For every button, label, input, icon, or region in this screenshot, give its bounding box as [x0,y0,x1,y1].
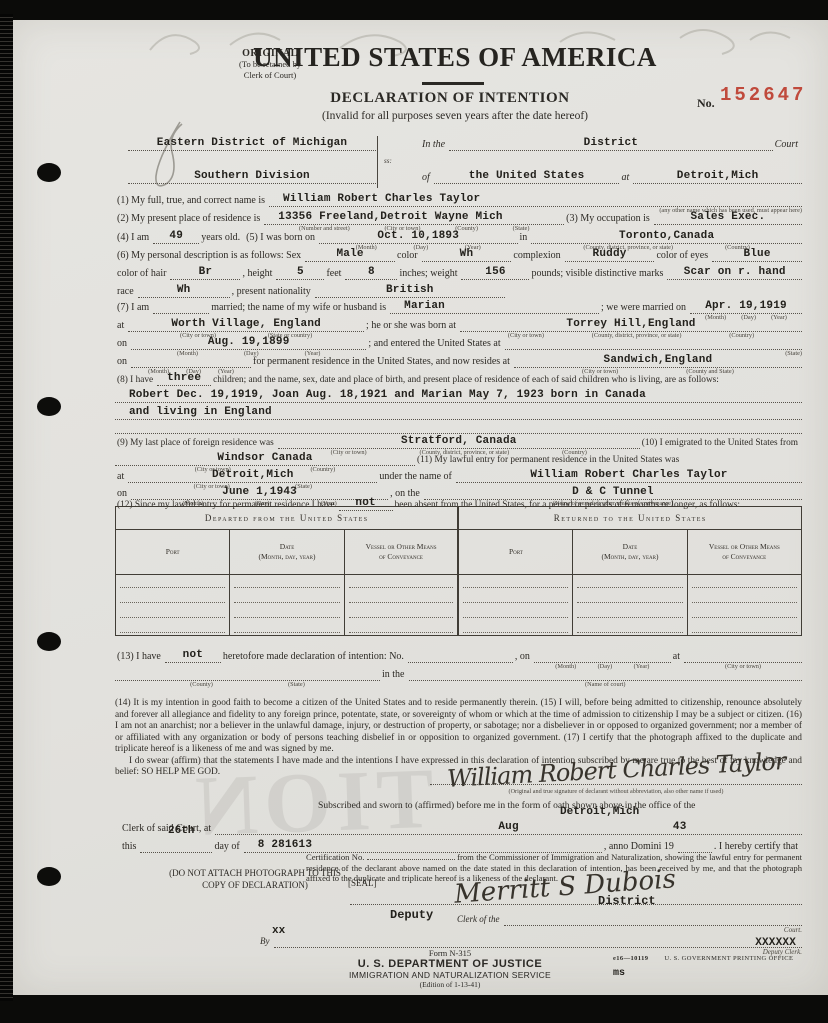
table-empty-row [116,620,802,636]
item11-row1: at Detroit,Mich (City or town) (State) u… [115,468,802,483]
col-date-line2: (Month, day, year) [258,552,315,561]
col-port: Port [116,530,230,575]
by-row: By XXXXXX Deputy Clerk. [258,936,802,948]
item1-label: (1) My full, true, and correct name is [115,195,269,207]
clerk-of-the-row: Clerk of the Court. [455,914,802,926]
married-date-field: Apr. 19,1919 (Month) (Day) (Year) [690,299,802,314]
foreign-residence-typed: Stratford, Canada [401,435,517,447]
item7-label: (7) I am [115,302,153,314]
court-division-row: Southern Division [128,169,376,184]
height-in-field: 8 [345,265,397,280]
empty-cell [230,590,344,605]
signature-caption: (Original and true signature of declaran… [430,788,802,795]
prior-place-field: (City or town) [684,648,802,663]
complexion-typed: Ruddy [593,248,627,260]
foreign-residence-field: Stratford, Canada (City or town) (County… [278,434,640,449]
race-field: Wh [138,283,230,298]
nationality-typed: British [386,284,434,296]
children-count-field: three [157,371,211,386]
day-typed: 26th [168,825,194,837]
age-typed: 49 [169,230,183,242]
prior-county-state-field: (County) (State) [115,666,380,681]
us-typed: the United States [469,170,585,182]
prior-declaration-field: not [165,648,221,663]
item6-row: (6) My personal description is as follow… [115,247,802,262]
empty-cell [344,620,458,636]
clerk-initials: ms [613,968,625,979]
color-field: Wh [422,247,512,262]
nationality-label: , present nationality [230,286,315,298]
court-caption: Court. [504,925,803,936]
empty-cell [458,605,572,620]
on-label: on [115,338,131,350]
eyes-label: color of eyes [654,250,712,262]
no-photo-note-line2: COPY OF DECLARATION) [130,880,380,892]
table-empty-row [116,590,802,605]
form-footer: Form N-315 U. S. DEPARTMENT OF JUSTICE I… [290,948,610,989]
district-typed: Eastern District of Michigan [157,137,347,149]
spouse-entry-date-field: (Month) (Day) (Year) [131,353,251,368]
prior-court-captions: (Name of court) [409,680,803,689]
item10-label: (10) I emigrated to the United States fr… [640,438,802,449]
age-field: 49 [153,229,199,244]
clerk-at-row: Clerk of said Court, at Aug 43 [120,820,802,835]
empty-cell [687,575,801,591]
item13-rest-label: heretofore made declaration of intention… [221,651,408,663]
item10-row: Windsor Canada (City or town) (Country) … [115,451,802,466]
birth-date-field: Oct. 10,1893 (Month) (Day) (Year) [319,229,518,244]
occupation-typed: Sales Exec. [690,211,765,223]
occupation-field: Sales Exec. [654,210,802,225]
emigrated-from-field: Windsor Canada (City or town) (Country) [115,451,415,466]
item4-label: (4) I am [115,232,153,244]
by-label: By [258,937,274,948]
prior-court-field: (Name of court) [409,666,803,681]
punch-hole [37,632,61,651]
item2-row: (2) My present place of residence is 133… [115,210,802,225]
hair-typed: Br [199,266,213,278]
sworn-place-typed: Detroit,Mich [560,806,639,818]
departed-title: Departed from the United States [116,507,459,530]
item7-row2: at Worth Village, England (City or town)… [115,317,802,332]
birth-place-typed: Toronto,Canada [619,230,714,242]
cert-no-blank [367,859,455,860]
empty-cell [344,605,458,620]
invalid-note: (Invalid for all purposes seven years af… [240,110,670,122]
ss-label: ss: [384,157,392,165]
married-label: married; the name of my wife or husband … [209,302,390,314]
marks-typed: Scar on r. hand [684,266,786,278]
empty-cell [573,575,687,591]
clerk-of-the-label: Clerk of the [455,915,504,926]
item7-row4: on (Month) (Day) (Year) for permanent re… [115,353,802,368]
printing-office-line: e16—10119 U. S. GOVERNMENT PRINTING OFFI… [613,955,793,962]
month-field: 8 281613 [244,838,602,853]
caption-state: (State) [288,680,305,689]
day-field [140,838,212,853]
children-line1-field: Robert Dec. 19,1919, Joan Aug. 18,1921 a… [115,388,802,403]
clerk-signature-line [350,903,802,905]
clerk-year-typed: 43 [673,821,687,833]
caption-name-of-court: (Name of court) [585,680,626,689]
prior-date-field: (Month) (Day) (Year) [534,648,671,663]
court-place-field: Detroit,Mich [633,169,802,184]
court-place-row: of the United States at Detroit,Mich [420,169,802,184]
children-line2-typed: and living in England [129,406,272,418]
complexion-field: Ruddy [565,247,655,262]
item13-row2: (County) (State) in the (Name of court) [115,666,802,681]
empty-cell [458,575,572,591]
item13-row1: (13) I have not heretofore made declarat… [115,648,802,663]
serial-no-label: No. [697,96,715,111]
pounds-label: pounds; visible distinctive marks [529,268,667,280]
married-on-label: ; we were married on [599,302,690,314]
entered-us-label: ; and entered the United States at [366,338,504,350]
seal-label: [SEAL] [348,878,377,888]
height-ft-typed: 5 [297,266,304,278]
court-place-typed: Detroit,Mich [677,170,759,182]
col-date-line2: (Month, day, year) [601,552,658,561]
weight-typed: 156 [485,266,505,278]
at-label: at [619,172,633,184]
eyes-field: Blue [712,247,802,262]
clerk-of-the-field: Court. [504,914,803,926]
division-typed: Southern Division [194,170,310,182]
court-district-row: Eastern District of Michigan [128,136,376,151]
col-vessel: Vessel or Other Meansof Conveyance [344,530,458,575]
empty-cell [116,620,230,636]
item5-label: (5) I was born on [244,232,319,244]
race-typed: Wh [177,284,191,296]
item4-row: (4) I am 49 years old. (5) I was born on… [115,229,802,244]
item13-at-label: at [671,651,684,663]
sex-field: Male [305,247,395,262]
table-column-headers: Port Date(Month, day, year) Vessel or Ot… [116,530,802,575]
item11-at-label: at [115,471,128,483]
item8-rest-label: children; and the name, sex, date and pl… [211,375,723,386]
spouse-resides-typed: Sandwich,England [604,354,713,366]
court-caption-label: Court. [784,925,802,936]
item2-label: (2) My present place of residence is [115,213,264,225]
returned-title: Returned to the United States [458,507,801,530]
col-date-2: Date(Month, day, year) [573,530,687,575]
empty-cell [344,575,458,591]
clerk-month-typed: Aug [498,821,518,833]
form-number: Form N-315 [290,948,610,958]
spouse-typed: Marian [404,300,445,312]
complexion-label: complexion [511,250,564,262]
table-group-header: Departed from the United States Returned… [116,507,802,530]
division-field: Southern Division [128,169,376,184]
col-vessel-line1: Vessel or Other Means [366,542,437,551]
children-empty-row [115,419,802,434]
spouse-field: Marian [390,299,599,314]
year-field [678,838,712,853]
height-ft-field: 5 [276,265,324,280]
travel-table: Departed from the United States Returned… [115,506,802,636]
table-empty-row [116,575,802,591]
empty-cell [116,605,230,620]
col-vessel-line2: of Conveyance [722,552,766,561]
married-date-typed: Apr. 19,1919 [705,300,787,312]
at-label: at [115,320,128,332]
eyes-typed: Blue [743,248,770,260]
scanned-declaration-of-intention: TION ORIGINAL (To be retained by Clerk o… [0,0,828,1023]
caption-county: (County) [190,680,213,689]
empty-cell [116,575,230,591]
empty-cell [458,620,572,636]
district-typed: District [598,894,656,908]
declarant-signature-line: William Robert Charles Taylor [430,756,802,785]
entry-place-typed: Detroit,Mich [212,469,294,481]
birth-date-typed: Oct. 10,1893 [377,230,459,242]
col-date: Date(Month, day, year) [230,530,344,575]
empty-cell [116,590,230,605]
children-line1-row: Robert Dec. 19,1919, Joan Aug. 18,1921 a… [115,388,802,403]
full-name-field: William Robert Charles Taylor (any other… [269,192,802,207]
in-the-court-label: in the [380,669,409,681]
court-name-typed: District [584,137,638,149]
empty-cell [573,605,687,620]
clerk-at-field: Aug 43 [215,820,802,835]
height-label: , height [240,268,276,280]
dayof-label: day of [212,841,243,853]
hair-label: color of hair [115,268,170,280]
item13-on-label: , on [513,651,534,663]
marks-field: Scar on r. hand [667,265,802,280]
empty-cell [573,620,687,636]
empty-cell [344,590,458,605]
item7-row3: on Aug. 19,1899 (Month) (Day) (Year) ; a… [115,335,802,350]
clerk-signature-wrap: Merritt S Dubois [400,872,730,902]
title-rule [422,82,484,85]
service-name: IMMIGRATION AND NATURALIZATION SERVICE [290,970,610,980]
department-name: U. S. DEPARTMENT OF JUSTICE [290,958,610,970]
by-field: XXXXXX Deputy Clerk. [274,936,803,948]
no-photo-note: (DO NOT ATTACH PHOTOGRAPH TO THIS COPY O… [130,868,380,891]
item1-row: (1) My full, true, and correct name is W… [115,192,802,207]
inches-label: inches; weight [397,268,461,280]
empty-cell [230,605,344,620]
children-count-typed: three [167,372,201,384]
entry-place-field: Detroit,Mich (City or town) (State) [128,468,377,483]
court-word-label: Court [773,139,802,151]
court-name-row: In the District Court [420,136,802,151]
spouse-born-place-field: Torrey Hill,England (City or town) (Coun… [460,317,802,332]
no-photo-note-line1: (DO NOT ATTACH PHOTOGRAPH TO THIS [130,868,380,880]
item11-label: (11) My lawful entry for permanent resid… [415,455,683,466]
perforated-edge [0,14,13,1001]
spouse-entry-field: (State) [505,335,802,350]
height-in-typed: 8 [368,266,375,278]
entry-name-typed: William Robert Charles Taylor [530,469,727,481]
full-name-typed: William Robert Charles Taylor [283,193,480,205]
feet-label: feet [324,268,345,280]
empty-cell [687,590,801,605]
empty-cell [230,620,344,636]
birth-place-field: Toronto,Canada (County, district, provin… [531,229,802,244]
in-the-label: In the [420,139,449,151]
print-code: e16—10119 [613,955,648,962]
children-line1-typed: Robert Dec. 19,1919, Joan Aug. 18,1921 a… [129,389,646,401]
page-title: UNITED STATES OF AMERICA [250,42,660,73]
spouse-resides-field: Sandwich,England (City or town) (County … [514,353,802,368]
residence-field: 13356 Freeland,Detroit Wayne Mich (Numbe… [264,210,564,225]
empty-cell [458,590,572,605]
nationality-field: British [315,283,505,298]
children-empty-field [115,419,802,434]
item4-label2: years old. [199,232,244,244]
hair-row: color of hair Br , height 5 feet 8 inche… [115,265,802,280]
entry-name-field: William Robert Charles Taylor [456,468,802,483]
sex-typed: Male [336,248,363,260]
col-vessel-line2: of Conveyance [379,552,423,561]
item6-label: (6) My personal description is as follow… [115,250,305,262]
district-field: Eastern District of Michigan [128,136,376,151]
married-place-typed: Worth Village, England [171,318,321,330]
this-label: this [120,841,140,853]
empty-cell [687,620,801,636]
scan-border-bottom [0,995,828,1023]
this-day-row: this day of 8 281613 , anno Domini 19 . … [120,838,802,853]
spouse-born-label: ; he or she was born at [364,320,460,332]
spouse-born-place-typed: Torrey Hill,England [566,318,695,330]
on2-label: on [115,356,131,368]
prior-no-field [408,648,513,663]
spouse-born-date-typed: Aug. 19,1899 [208,336,290,348]
col-vessel-line1: Vessel or Other Means [709,542,780,551]
col-date-line1: Date [280,542,295,551]
scan-border-top [0,0,828,20]
residence-typed: 13356 Freeland,Detroit Wayne Mich [278,211,502,223]
married-blank-field [153,299,209,314]
col-date-line1: Date [623,542,638,551]
punch-hole [37,163,61,182]
prior-declaration-typed: not [183,649,203,661]
item7-row1: (7) I am married; the name of my wife or… [115,299,802,314]
punch-hole [37,867,61,886]
item3-label: (3) My occupation is [564,213,654,225]
col-port-2: Port [458,530,572,575]
punch-hole [37,397,61,416]
item9-row: (9) My last place of foreign residence w… [115,434,802,449]
prior-county-state-captions: (County) (State) [115,680,380,689]
married-place-field: Worth Village, England (City or town) (S… [128,317,364,332]
children-line2-field: and living in England [115,405,802,420]
court-bracket-rule [377,136,378,188]
color-typed: Wh [460,248,474,260]
serial-number-stamp: 152647 [720,84,806,106]
empty-cell [687,605,801,620]
under-name-label: under the name of [377,471,455,483]
emigrated-from-typed: Windsor Canada [217,452,312,464]
item8-label: (8) I have [115,375,157,386]
intent-text: (14) It is my intention in good faith to… [115,698,802,756]
item13-label: (13) I have [115,651,165,663]
race-label: race [115,286,138,298]
form-subtitle: DECLARATION OF INTENTION [280,90,620,107]
perm-residence-label: for permanent residence in the United St… [251,356,514,368]
item8-row: (8) I have three children; and the name,… [115,371,802,386]
hair-field: Br [170,265,240,280]
cert-no-label: Certification No. [306,852,364,862]
edition-note: (Edition of 1-13-41) [290,980,610,989]
weight-field: 156 [461,265,529,280]
cert-number-typed: 8 281613 [258,839,312,851]
empty-cell [573,590,687,605]
table-empty-row [116,605,802,620]
court-name-field: District [449,136,773,151]
item5-in-label: in [518,232,532,244]
color-label: color [395,250,422,262]
us-field: the United States [434,169,620,184]
col-vessel-2: Vessel or Other Meansof Conveyance [687,530,801,575]
spouse-born-date-field: Aug. 19,1899 (Month) (Day) (Year) [131,335,366,350]
item9-label: (9) My last place of foreign residence w… [115,438,278,449]
race-row: race Wh , present nationality British [115,283,802,298]
children-line2-row: and living in England [115,405,802,420]
gpo-label: U. S. GOVERNMENT PRINTING OFFICE [664,955,793,962]
of-label: of [420,172,434,184]
empty-cell [230,575,344,591]
deputy-typed: Deputy [390,908,433,922]
